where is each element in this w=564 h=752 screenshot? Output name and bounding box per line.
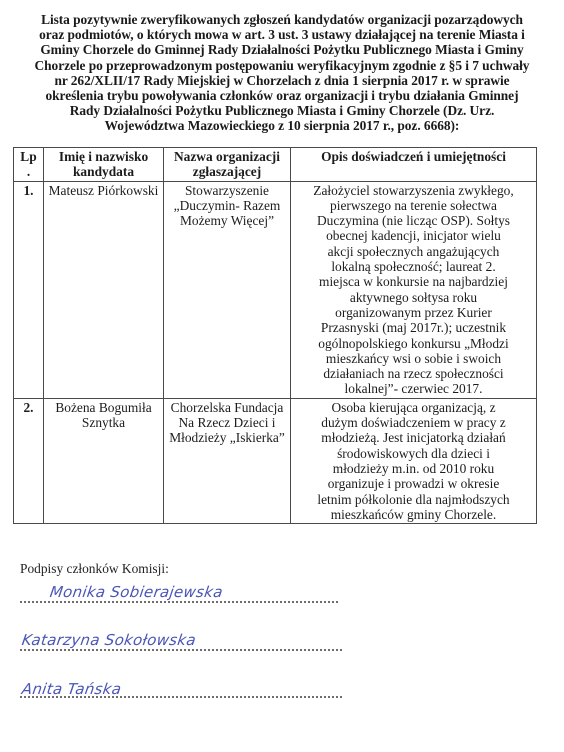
cell-description: Założyciel stowarzyszenia zwykłego, pier… xyxy=(291,181,537,398)
cell-candidate-name: Mateusz Piórkowski xyxy=(44,181,164,398)
title-line: określenia trybu powoływania członków or… xyxy=(12,88,552,103)
title-line: oraz podmiotów, o których mowa w art. 3 … xyxy=(12,27,552,42)
signature-line xyxy=(20,649,342,651)
handwritten-signature: Monika Sobierajewska xyxy=(49,583,224,601)
table-header-row: Lp . Imię i nazwisko kandydata Nazwa org… xyxy=(14,148,537,182)
signature-line xyxy=(20,601,338,603)
header-description: Opis doświadczeń i umiejętności xyxy=(291,148,537,182)
cell-organization: Chorzelska Fundacja Na Rzecz Dzieci i Mł… xyxy=(164,398,291,523)
title-line: Gminy Chorzele do Gminnej Rady Działalno… xyxy=(12,42,552,57)
cell-candidate-name: Bożena Bogumiła Sznytka xyxy=(44,398,164,523)
handwritten-signature: Katarzyna Sokołowska xyxy=(21,631,197,649)
header-organization: Nazwa organizacji zgłaszającej xyxy=(164,148,291,182)
cell-organization: Stowarzyszenie „Duczymin- Razem Możemy W… xyxy=(164,181,291,398)
candidates-table: Lp . Imię i nazwisko kandydata Nazwa org… xyxy=(13,147,537,524)
title-line: Lista pozytywnie zweryfikowanych zgłosze… xyxy=(12,12,552,27)
header-lp: Lp . xyxy=(14,148,44,182)
document-title: Lista pozytywnie zweryfikowanych zgłosze… xyxy=(12,12,552,134)
title-line: Rady Działalności Pożytku Publicznego Mi… xyxy=(12,103,552,118)
header-candidate-name: Imię i nazwisko kandydata xyxy=(44,148,164,182)
title-line: Chorzele po przeprowadzonym postępowaniu… xyxy=(12,58,552,73)
cell-lp: 1. xyxy=(14,181,44,398)
cell-description: Osoba kierująca organizacją, z dużym doś… xyxy=(291,398,537,523)
signature-line xyxy=(20,696,342,698)
cell-lp: 2. xyxy=(14,398,44,523)
table-row: 1. Mateusz Piórkowski Stowarzyszenie „Du… xyxy=(14,181,537,398)
table-row: 2. Bożena Bogumiła Sznytka Chorzelska Fu… xyxy=(14,398,537,523)
title-line: nr 262/XLII/17 Rady Miejskiej w Chorzela… xyxy=(12,73,552,88)
signatures-label: Podpisy członków Komisji: xyxy=(20,561,169,577)
title-line: Województwa Mazowieckiego z 10 sierpnia … xyxy=(12,118,552,133)
